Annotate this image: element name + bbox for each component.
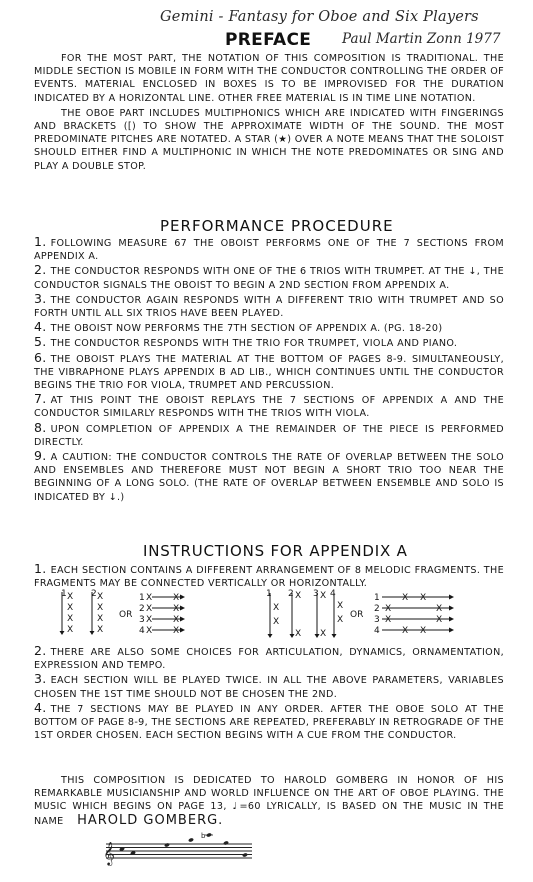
preface-paragraph: The oboe part includes multiphonics whic… xyxy=(34,107,504,173)
svg-text:1: 1 xyxy=(374,593,380,603)
handwritten-title: Gemini - Fantasy for Oboe and Six Player… xyxy=(160,9,479,25)
svg-text:X: X xyxy=(385,615,391,625)
fragment-connection-diagram-icon: 1XXXX2XXXXOR 1XX2XX3XX4XX xyxy=(55,589,255,639)
svg-text:X: X xyxy=(337,601,343,611)
svg-text:4: 4 xyxy=(330,589,336,599)
item-text: A caution: The conductor controls the ra… xyxy=(34,452,504,503)
svg-text:X: X xyxy=(67,614,73,624)
procedure-item: 7.At this point the oboist replays the 7… xyxy=(34,392,504,420)
item-number: 1. xyxy=(34,234,47,249)
item-text: At this point the oboist replays the 7 s… xyxy=(34,395,504,419)
svg-text:X: X xyxy=(97,592,103,602)
preface-body: For the most part, the notation of this … xyxy=(34,52,504,173)
procedure-item: 8.Upon completion of Appendix A the rema… xyxy=(34,421,504,449)
svg-text:X: X xyxy=(420,626,426,636)
item-number: 9. xyxy=(34,448,47,463)
svg-text:X: X xyxy=(436,615,442,625)
procedure-item: 1.Following measure 67 the oboist perfor… xyxy=(34,235,504,263)
item-text: There are also some choices for articula… xyxy=(34,647,504,671)
fragment-diagram-eight: 1XX2XX3XX4XXOR 1XX2XX3XX4XX xyxy=(262,589,512,639)
svg-text:4: 4 xyxy=(139,626,145,636)
svg-text:𝄞: 𝄞 xyxy=(103,841,115,866)
svg-text:3: 3 xyxy=(139,615,145,625)
item-number: 2. xyxy=(34,643,47,658)
item-text: The conductor responds with one of the 6… xyxy=(34,266,504,290)
svg-text:X: X xyxy=(173,626,179,636)
appendix-instructions-heading: INSTRUCTIONS FOR APPENDIX A xyxy=(143,542,408,560)
performance-procedure-heading: PERFORMANCE PROCEDURE xyxy=(160,217,394,235)
appendix-item: 2.There are also some choices for articu… xyxy=(34,644,504,672)
svg-text:X: X xyxy=(337,615,343,625)
dedication-paragraph: This composition is dedicated to Harold … xyxy=(34,774,504,828)
svg-text:X: X xyxy=(295,629,301,639)
item-text: Following measure 67 the oboist performs… xyxy=(34,238,504,262)
svg-text:X: X xyxy=(385,604,391,614)
fragment-connection-diagram-icon: 1XX2XX3XX4XXOR 1XX2XX3XX4XX xyxy=(262,589,512,639)
procedure-item: 6.The oboist plays the material at the b… xyxy=(34,351,504,393)
item-number: 3. xyxy=(34,671,47,686)
item-text: The conductor responds with the trio for… xyxy=(51,338,458,349)
svg-text:X: X xyxy=(67,603,73,613)
procedure-item: 3.The conductor again responds with a di… xyxy=(34,292,504,320)
appendix-item: 3.Each section will be played twice. In … xyxy=(34,672,504,700)
svg-text:X: X xyxy=(146,615,152,625)
svg-text:X: X xyxy=(173,593,179,603)
svg-text:3: 3 xyxy=(313,589,319,599)
procedure-item: 5.The conductor responds with the trio f… xyxy=(34,335,504,350)
svg-text:X: X xyxy=(67,592,73,602)
item-number: 2. xyxy=(34,262,47,277)
appendix-item: 4.The 7 sections may be played in any or… xyxy=(34,701,504,743)
svg-text:1: 1 xyxy=(266,589,272,599)
svg-text:1: 1 xyxy=(139,593,145,603)
item-text: The conductor again responds with a diff… xyxy=(34,295,504,319)
procedure-item: 9.A caution: The conductor controls the … xyxy=(34,449,504,504)
svg-text:X: X xyxy=(295,591,301,601)
procedure-item: 4.The oboist now performs the 7th sectio… xyxy=(34,320,504,335)
item-number: 6. xyxy=(34,350,47,365)
svg-text:b: b xyxy=(201,832,206,840)
svg-text:3: 3 xyxy=(374,615,380,625)
svg-text:4: 4 xyxy=(374,626,380,636)
svg-text:X: X xyxy=(97,603,103,613)
procedure-item: 2.The conductor responds with one of the… xyxy=(34,263,504,291)
performance-procedure-list: 1.Following measure 67 the oboist perfor… xyxy=(34,235,504,504)
item-number: 7. xyxy=(34,391,47,406)
svg-text:X: X xyxy=(67,625,73,635)
item-text: Upon completion of Appendix A the remain… xyxy=(34,424,504,448)
item-number: 4. xyxy=(34,700,47,715)
item-text: The oboist plays the material at the bot… xyxy=(34,354,504,391)
appendix-item: 1.Each section contains a different arra… xyxy=(34,562,504,590)
item-text: Each section will be played twice. In al… xyxy=(34,675,504,699)
item-text: Each section contains a different arrang… xyxy=(34,565,504,589)
svg-text:X: X xyxy=(273,617,279,627)
svg-text:OR: OR xyxy=(350,610,363,620)
appendix-list: 2.There are also some choices for articu… xyxy=(34,644,504,742)
svg-text:2: 2 xyxy=(288,589,294,599)
handwritten-author-date: Paul Martin Zonn 1977 xyxy=(342,31,500,47)
svg-text:X: X xyxy=(402,593,408,603)
svg-text:OR: OR xyxy=(119,610,132,620)
treble-staff-icon: 𝄞 b xyxy=(100,832,260,868)
fragment-diagram-four: 1XXXX2XXXXOR 1XX2XX3XX4XX xyxy=(55,589,255,639)
name-notation: HARolD GomBErG. xyxy=(77,813,223,828)
svg-text:X: X xyxy=(173,615,179,625)
svg-text:X: X xyxy=(146,604,152,614)
svg-text:X: X xyxy=(146,593,152,603)
preface-heading: PREFACE xyxy=(225,30,311,50)
svg-text:X: X xyxy=(420,593,426,603)
item-number: 8. xyxy=(34,420,47,435)
item-number: 4. xyxy=(34,319,47,334)
item-number: 1. xyxy=(34,561,47,576)
svg-text:2: 2 xyxy=(139,604,145,614)
item-number: 5. xyxy=(34,334,47,349)
svg-text:X: X xyxy=(97,625,103,635)
item-number: 3. xyxy=(34,291,47,306)
svg-text:X: X xyxy=(97,614,103,624)
item-text: The oboist now performs the 7th section … xyxy=(51,323,443,334)
item-text: The 7 sections may be played in any orde… xyxy=(34,704,504,741)
svg-text:X: X xyxy=(320,629,326,639)
svg-text:X: X xyxy=(320,591,326,601)
svg-text:X: X xyxy=(273,603,279,613)
svg-text:X: X xyxy=(146,626,152,636)
svg-text:X: X xyxy=(436,604,442,614)
svg-text:X: X xyxy=(173,604,179,614)
preface-paragraph: For the most part, the notation of this … xyxy=(34,52,504,105)
svg-text:X: X xyxy=(402,626,408,636)
svg-text:2: 2 xyxy=(374,604,380,614)
